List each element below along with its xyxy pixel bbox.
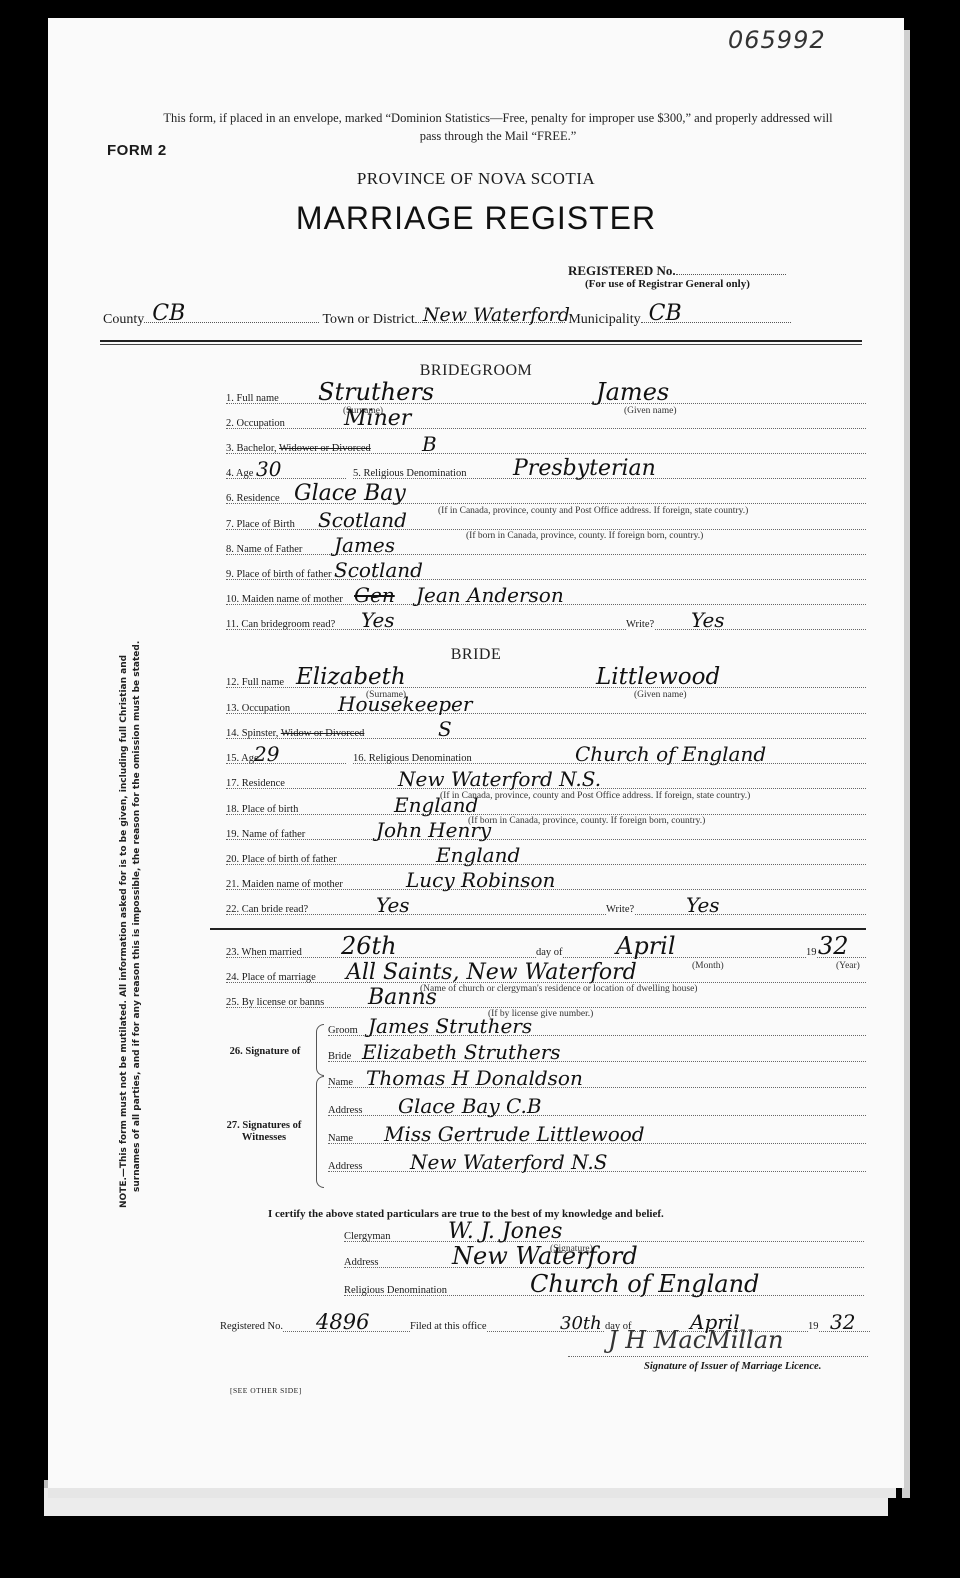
- municipality-value: CB: [649, 301, 682, 326]
- county-value: CB: [152, 301, 185, 326]
- marriage-place-field[interactable]: 24. Place of marriage All Saints, New Wa…: [226, 967, 866, 985]
- brace: [316, 1024, 324, 1076]
- town-value: New Waterford: [423, 304, 570, 326]
- groom-full-name-field[interactable]: 1. Full name Struthers James: [226, 388, 866, 406]
- town-field[interactable]: New Waterford: [415, 309, 565, 323]
- bride-heading: BRIDE: [48, 646, 904, 664]
- issuer-signature-line: [568, 1356, 868, 1357]
- side-note: NOTE.—This form must not be mutilated. A…: [118, 568, 144, 1208]
- marriage-register-form: 065992 This form, if placed in an envelo…: [48, 18, 904, 1488]
- bride-occupation-field[interactable]: 13. Occupation Housekeeper: [226, 698, 866, 716]
- archive-number: 065992: [728, 26, 826, 54]
- brace: [316, 1076, 324, 1188]
- groom-surname: Struthers: [318, 378, 434, 406]
- issuer-label: Signature of Issuer of Marriage Licence.: [644, 1361, 821, 1372]
- marriage-year: 32: [818, 932, 849, 960]
- groom-father-birthplace-field[interactable]: 9. Place of birth of father Scotland: [226, 564, 866, 582]
- bride-full-name-field[interactable]: 12. Full name Elizabeth Littlewood: [226, 672, 866, 690]
- marriage-month: April: [616, 932, 676, 960]
- bride-marital-status-field[interactable]: 14. Spinster, Widow or Divorced S: [226, 723, 866, 741]
- issuer-signature: J H MacMillan: [608, 1326, 784, 1354]
- groom-father-name-field[interactable]: 8. Name of Father James: [226, 539, 866, 557]
- groom-signature-field[interactable]: Groom James Struthers: [328, 1020, 866, 1038]
- bride-father-name-field[interactable]: 19. Name of father John Henry: [226, 824, 866, 842]
- divider: [100, 340, 862, 342]
- groom-marital-status-field[interactable]: 3. Bachelor, Widower or Divorced B: [226, 438, 866, 456]
- bride-surname: Elizabeth: [296, 664, 406, 690]
- bride-residence-field[interactable]: 17. Residence New Waterford N.S.: [226, 773, 866, 791]
- groom-given-name: James: [596, 378, 669, 406]
- town-label: Town or District: [322, 312, 414, 327]
- clergyman-denomination-field[interactable]: Religious Denomination Church of England: [344, 1280, 864, 1298]
- witness1-name-field[interactable]: Name Thomas H Donaldson: [328, 1072, 866, 1090]
- groom-mother-maiden-name-field[interactable]: 10. Maiden name of mother Gen Jean Ander…: [226, 589, 866, 607]
- bride-literacy-field[interactable]: 22. Can bride read? Yes Write? Yes: [226, 899, 866, 917]
- bride-birthplace-field[interactable]: 18. Place of birth England: [226, 799, 866, 817]
- bride-given-name: Littlewood: [596, 664, 720, 690]
- registered-number[interactable]: 4896: [316, 1310, 369, 1334]
- witness1-address-field[interactable]: Address Glace Bay C.B: [328, 1100, 866, 1118]
- county-label: County: [103, 312, 144, 327]
- groom-residence-field[interactable]: 6. Residence Glace Bay: [226, 488, 866, 506]
- filed-year[interactable]: 32: [830, 1310, 855, 1334]
- location-row: CountyCB Town or DistrictNew Waterford M…: [103, 309, 903, 328]
- mail-notice: This form, if placed in an envelope, mar…: [158, 109, 838, 145]
- divider: [210, 928, 866, 930]
- province-heading: PROVINCE OF NOVA SCOTIA: [48, 169, 904, 189]
- groom-denomination-field[interactable]: 5. Religious Denomination Presbyterian: [353, 463, 866, 481]
- clergyman-address-field[interactable]: Address New Waterford: [344, 1252, 864, 1270]
- registered-no-label: REGISTERED No.: [568, 263, 786, 279]
- marriage-date-field[interactable]: 23. When married 26th day of April 19 32: [226, 942, 866, 960]
- bride-age-field[interactable]: 15. Age 29: [226, 748, 346, 766]
- form-title: MARRIAGE REGISTER: [48, 200, 904, 237]
- groom-occupation-field[interactable]: 2. Occupation Miner: [226, 413, 866, 431]
- groom-birthplace-field[interactable]: 7. Place of Birth Scotland: [226, 514, 866, 532]
- witness2-address-field[interactable]: Address New Waterford N.S: [328, 1156, 866, 1174]
- municipality-label: Municipality: [568, 312, 640, 327]
- bride-signature-field[interactable]: Bride Elizabeth Struthers: [328, 1046, 866, 1064]
- see-other-side: [SEE OTHER SIDE]: [230, 1386, 302, 1395]
- bridegroom-heading: BRIDEGROOM: [48, 362, 904, 380]
- groom-literacy-field[interactable]: 11. Can bridegroom read? Yes Write? Yes: [226, 614, 866, 632]
- form-number: FORM 2: [107, 142, 167, 159]
- witness2-name-field[interactable]: Name Miss Gertrude Littlewood: [328, 1128, 866, 1146]
- registered-no-note: (For use of Registrar General only): [585, 278, 750, 290]
- filed-day[interactable]: 30th: [560, 1313, 602, 1334]
- bride-father-birthplace-field[interactable]: 20. Place of birth of father England: [226, 849, 866, 867]
- bride-mother-maiden-name-field[interactable]: 21. Maiden name of mother Lucy Robinson: [226, 874, 866, 892]
- license-or-banns-field[interactable]: 25. By license or banns Banns: [226, 992, 866, 1010]
- signature-group-label: 26. Signature of: [220, 1046, 310, 1057]
- witnesses-group-label: 27. Signatures ofWitnesses: [214, 1120, 314, 1144]
- groom-age-field[interactable]: 4. Age 30: [226, 463, 346, 481]
- bride-denomination-field[interactable]: 16. Religious Denomination Church of Eng…: [353, 748, 866, 766]
- municipality-field[interactable]: CB: [641, 309, 791, 323]
- county-field[interactable]: CB: [144, 309, 319, 323]
- divider: [100, 344, 862, 345]
- marriage-day: 26th: [341, 932, 397, 960]
